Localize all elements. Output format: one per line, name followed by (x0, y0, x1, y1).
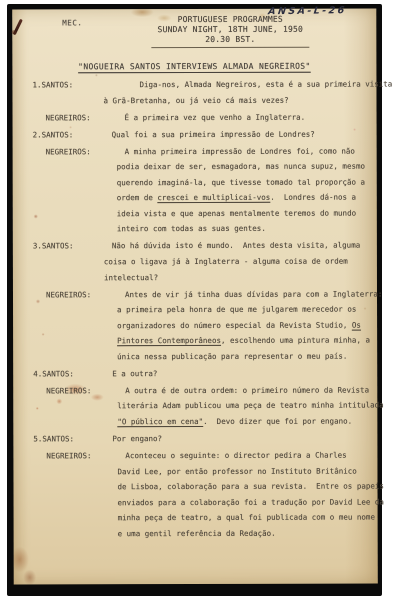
typescript-paper: ANSA-L-26 MEC. PORTUGUESE PROGRAMMES SUN… (12, 9, 378, 585)
programme-name: PORTUGUESE PROGRAMMES (151, 15, 309, 25)
dialogue-entry: 1.SANTOS: Diga-nos, Almada Negreiros, es… (32, 77, 372, 109)
speech-segment: Antes de vir já tinha duas dívidas para … (117, 289, 382, 330)
underlined-phrase: "O público em cena" (117, 417, 203, 426)
speaker-label: NEGREIROS: (33, 110, 117, 126)
speech-text: A minha primeira impressão de Londres fo… (117, 143, 373, 237)
speech-text: Qual foi a sua primeira impressão de Lon… (104, 126, 373, 142)
corner-mark: MEC. (62, 18, 82, 27)
speaker-label: 5.SANTOS: (33, 431, 104, 447)
speaker-label: NEGREIROS: (33, 448, 117, 542)
dialogue-entry: NEGREIROS: Aconteceu o seguinte: o direc… (33, 448, 373, 542)
speech-segment: Diga-nos, Almada Negreiros, esta é a sua… (103, 79, 392, 104)
script-title-text: "NOGUEIRA SANTOS INTERVIEWS ALMADA NEGRE… (78, 62, 311, 72)
dialogue-entry: 5.SANTOS: Por engano? (33, 431, 373, 447)
speaker-label: NEGREIROS: (33, 287, 117, 365)
speech-text: É a primeira vez que venho a Inglaterra. (117, 109, 373, 125)
ink-mark (13, 19, 23, 36)
speech-text: Aconteceu o seguinte: o director pedira … (117, 448, 384, 542)
dialogue-entry: 2.SANTOS: Qual foi a sua primeira impres… (33, 126, 373, 142)
speech-segment: É a primeira vez que venho a Inglaterra. (125, 112, 306, 121)
scan-background: ANSA-L-26 MEC. PORTUGUESE PROGRAMMES SUN… (7, 4, 382, 596)
programme-header: PORTUGUESE PROGRAMMES SUNDAY NIGHT, 18TH… (151, 15, 309, 48)
speech-segment: . Devo dizer que foi por engano. (203, 417, 352, 426)
speech-segment: A outra é de outra ordem: o primeiro núm… (117, 385, 383, 410)
speaker-label: 1.SANTOS: (32, 77, 103, 108)
dialogue-entry: NEGREIROS: A minha primeira impressão de… (33, 143, 373, 237)
speech-text: Antes de vir já tinha duas dívidas para … (117, 286, 383, 364)
dialogue-entry: 4.SANTOS: E a outra? (33, 365, 373, 381)
speaker-label: NEGREIROS: (33, 383, 117, 430)
speaker-label: NEGREIROS: (33, 144, 117, 238)
speech-text: Por engano? (104, 431, 373, 447)
speaker-label: 4.SANTOS: (33, 366, 104, 382)
dialogue-entry: NEGREIROS: Antes de vir já tinha duas dí… (33, 286, 373, 365)
script-title: "NOGUEIRA SANTOS INTERVIEWS ALMADA NEGRE… (12, 62, 376, 72)
speech-text: Não há dúvida isto é mundo. Antes desta … (104, 238, 373, 285)
dialogue-entry: NEGREIROS: A outra é de outra ordem: o p… (33, 382, 373, 430)
speech-text: A outra é de outra ordem: o primeiro núm… (117, 382, 384, 429)
speaker-label: 2.SANTOS: (33, 127, 104, 143)
underlined-phrase: crescei e multiplicai-vos (157, 193, 270, 202)
dialogue: 1.SANTOS: Diga-nos, Almada Negreiros, es… (32, 77, 373, 544)
speech-segment: E a outra? (112, 369, 157, 378)
speech-segment: Não há dúvida isto é mundo. Antes desta … (104, 241, 360, 282)
speech-segment: Por engano? (112, 434, 162, 443)
dialogue-entry: NEGREIROS: É a primeira vez que venho a … (33, 109, 373, 125)
speech-text: Diga-nos, Almada Negreiros, esta é a sua… (103, 76, 392, 108)
speech-segment: Aconteceu o seguinte: o director pedira … (117, 451, 384, 538)
broadcast-date: SUNDAY NIGHT, 18TH JUNE, 1950 (151, 25, 309, 35)
dialogue-entry: 3.SANTOS: Não há dúvida isto é mundo. An… (33, 238, 373, 286)
broadcast-time: 20.30 BST. (151, 35, 309, 45)
speech-text: E a outra? (104, 365, 373, 381)
speaker-label: 3.SANTOS: (33, 239, 104, 286)
speech-segment: Qual foi a sua primeira impressão de Lon… (112, 129, 315, 139)
scanned-page: ANSA-L-26 MEC. PORTUGUESE PROGRAMMES SUN… (0, 0, 400, 600)
